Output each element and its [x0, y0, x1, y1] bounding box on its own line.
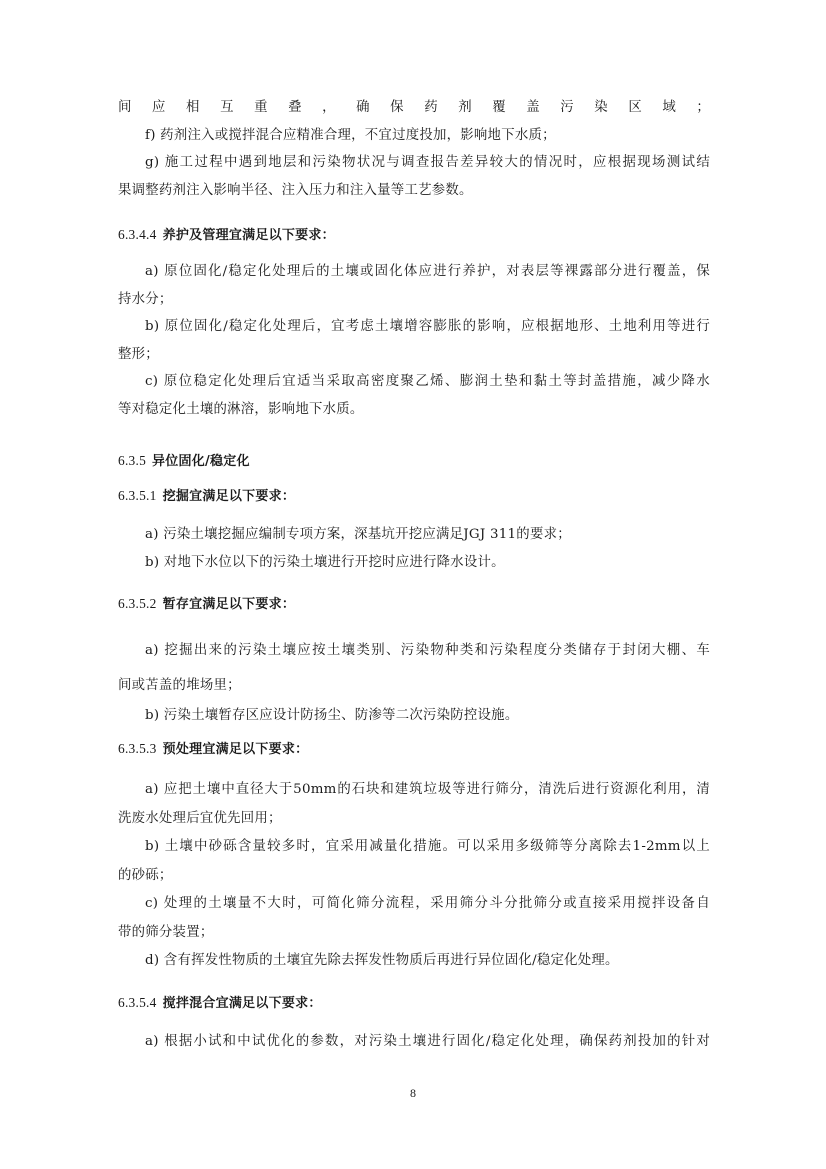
- list-item-continuation: 间或苫盖的堆场里；: [118, 677, 241, 695]
- list-item-g: g) 施工过程中遇到地层和污染物状况与调查报告差异较大的情况时，应根据现场测试结: [145, 154, 710, 172]
- section-number: 6.3.5.1: [118, 488, 157, 503]
- section-heading-6-3-5-2: 6.3.5.2暂存宜满足以下要求：: [118, 595, 295, 614]
- section-heading-6-3-4-4: 6.3.4.4养护及管理宜满足以下要求：: [118, 226, 335, 245]
- section-title: 异位固化/稳定化: [152, 454, 250, 469]
- section-heading-6-3-5-3: 6.3.5.3预处理宜满足以下要求：: [118, 740, 308, 759]
- page-number: 8: [0, 1086, 826, 1101]
- list-item-continuation: 的砂砾；: [118, 867, 173, 885]
- section-heading-6-3-5: 6.3.5异位固化/稳定化: [118, 452, 250, 471]
- section-heading-6-3-5-4: 6.3.5.4搅拌混合宜满足以下要求：: [118, 994, 322, 1013]
- list-item-f: f) 药剂注入或搅拌混合应精准合理，不宜过度投加，影响地下水质；: [145, 127, 556, 145]
- section-title: 养护及管理宜满足以下要求：: [163, 228, 335, 243]
- list-item-b: b) 土壤中砂砾含量较多时，宜采用减量化措施。可以采用多级筛等分离除去1-2mm…: [145, 838, 710, 856]
- list-item-continuation: 等对稳定化土壤的淋溶，影响地下水质。: [118, 401, 364, 419]
- list-item-a: a) 根据小试和中试优化的参数，对污染土壤进行固化/稳定化处理，确保药剂投加的针…: [145, 1033, 710, 1051]
- list-item-continuation: 持水分；: [118, 291, 173, 309]
- list-item-continuation: 洗废水处理后宜优先回用；: [118, 810, 282, 828]
- section-title: 预处理宜满足以下要求：: [163, 742, 309, 757]
- list-item-a: a) 应把土壤中直径大于50mm的石块和建筑垃圾等进行筛分，清洗后进行资源化利用…: [145, 781, 710, 799]
- list-item-b: b) 原位固化/稳定化处理后，宜考虑土壤增容膨胀的影响，应根据地形、土地利用等进…: [145, 318, 710, 336]
- section-number: 6.3.5.3: [118, 741, 157, 756]
- section-title: 挖掘宜满足以下要求：: [163, 489, 296, 504]
- list-item-a: a) 挖掘出来的污染土壤应按土壤类别、污染物种类和污染程度分类储存于封闭大棚、车: [145, 642, 710, 660]
- list-item-b: b) 对地下水位以下的污染土壤进行开挖时应进行降水设计。: [145, 554, 505, 572]
- section-title: 暂存宜满足以下要求：: [163, 597, 296, 612]
- list-item-d: d) 含有挥发性物质的土壤宜先除去挥发性物质后再进行异位固化/稳定化处理。: [145, 952, 619, 970]
- section-heading-6-3-5-1: 6.3.5.1挖掘宜满足以下要求：: [118, 487, 295, 506]
- section-number: 6.3.5.4: [118, 995, 157, 1010]
- list-item-a: a) 污染土壤挖掘应编制专项方案，深基坑开挖应满足JGJ 311的要求；: [145, 526, 571, 544]
- list-item-c: c) 处理的土壤量不大时，可简化筛分流程，采用筛分斗分批筛分或直接采用搅拌设备自: [145, 895, 710, 913]
- section-number: 6.3.4.4: [118, 227, 157, 242]
- section-title: 搅拌混合宜满足以下要求：: [163, 996, 322, 1011]
- list-item-continuation: 整形；: [118, 346, 159, 364]
- list-item-b: b) 污染土壤暂存区应设计防扬尘、防渗等二次污染防控设施。: [145, 707, 518, 725]
- list-item-continuation: 带的筛分装置；: [118, 924, 213, 942]
- list-item-a: a) 原位固化/稳定化处理后的土壤或固化体应进行养护，对表层等裸露部分进行覆盖，…: [145, 263, 710, 281]
- paragraph-line: 间应相互重叠，确保药剂覆盖污染区域；: [118, 99, 710, 117]
- section-number: 6.3.5: [118, 453, 146, 468]
- paragraph-line: 果调整药剂注入影响半径、注入压力和注入量等工艺参数。: [118, 182, 473, 200]
- list-item-c: c) 原位稳定化处理后宜适当采取高密度聚乙烯、膨润土垫和黏土等封盖措施，减少降水: [145, 373, 710, 391]
- section-number: 6.3.5.2: [118, 596, 157, 611]
